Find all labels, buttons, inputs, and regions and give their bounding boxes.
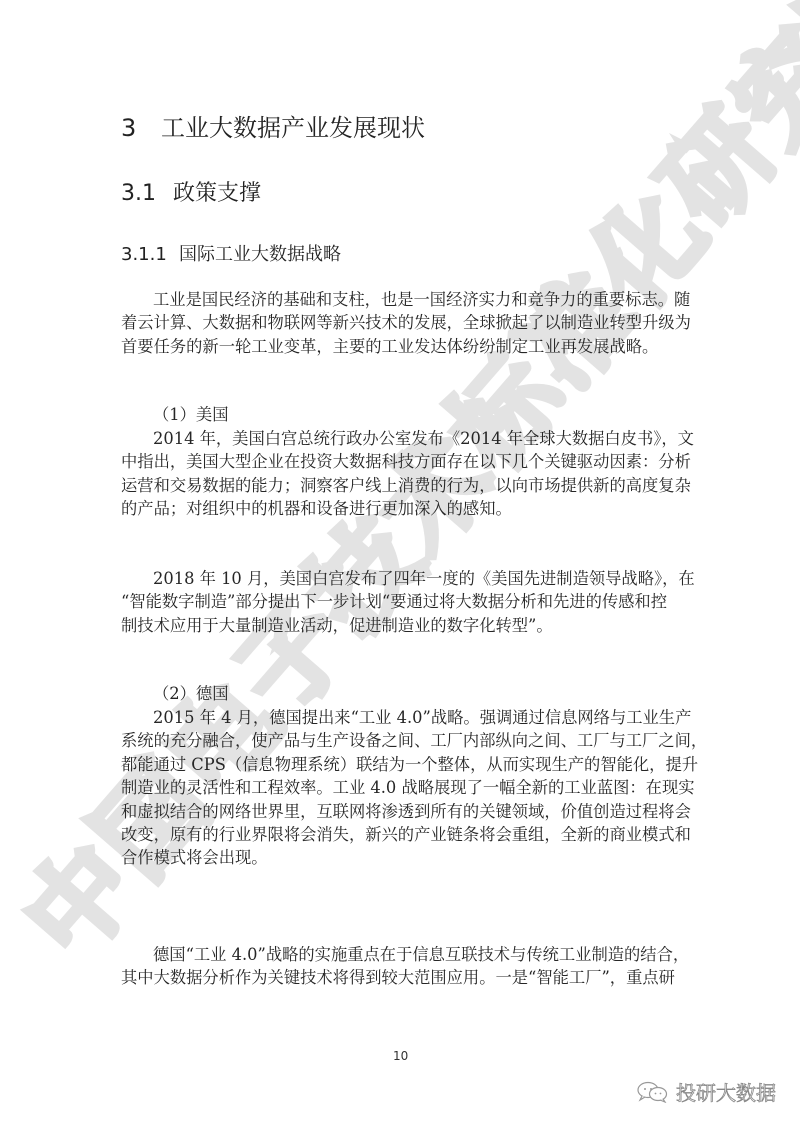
paragraph-usa-2014: 2014 年，美国白宫总统行政办公室发布《2014 年全球大数据白皮书》，文 中… [121,427,681,521]
text-line: 中指出，美国大型企业在投资大数据科技方面存在以下几个关键驱动因素：分析 [121,450,681,473]
text-line: 合作模式将会出现。 [121,846,681,869]
text-line: 德国“工业 4.0”战略的实施重点在于信息互联技术与传统工业制造的结合， [121,943,681,966]
paragraph-germany-focus: 德国“工业 4.0”战略的实施重点在于信息互联技术与传统工业制造的结合， 其中大… [121,943,681,990]
paragraph-intro: 工业是国民经济的基础和支柱，也是一国经济实力和竞争力的重要标志。随 着云计算、大… [121,288,681,358]
subsection-number: 3.1.1 [121,244,179,265]
germany-subheading: （2）德国 [153,682,713,705]
usa-label: （1）美国 [153,403,713,426]
section-heading: 3.1政策支撑 [121,176,261,207]
chapter-title: 工业大数据产业发展现状 [161,114,425,142]
usa-subheading: （1）美国 [153,403,713,426]
section-title: 政策支撑 [173,181,261,206]
document-page: 中国电子技术标准化研究院 3工业大数据产业发展现状 3.1政策支撑 3.1.1国… [0,0,800,1131]
text-line: 其中大数据分析作为关键技术将得到较大范围应用。一是“智能工厂”，重点研 [121,966,681,989]
text-line: “智能数字制造”部分提出下一步计划“要通过将大数据分析和先进的传感和控 [121,590,681,613]
brand-watermark: 投研大数据 [636,1077,776,1106]
paragraph-usa-2018: 2018 年 10 月，美国白宫发布了四年一度的《美国先进制造领导战略》，在 “… [121,567,681,637]
text-line: 的产品；对组织中的机器和设备进行更加深入的感知。 [121,497,681,520]
text-line: 2014 年，美国白宫总统行政办公室发布《2014 年全球大数据白皮书》，文 [121,427,681,450]
chapter-number: 3 [121,114,161,142]
text-line: 制造业的灵活性和工程效率。工业 4.0 战略展现了一幅全新的工业蓝图：在现实 [121,776,681,799]
text-line: 2018 年 10 月，美国白宫发布了四年一度的《美国先进制造领导战略》，在 [121,567,681,590]
text-line: 改变，原有的行业界限将会消失，新兴的产业链条将会重组，全新的商业模式和 [121,823,681,846]
text-line: 工业是国民经济的基础和支柱，也是一国经济实力和竞争力的重要标志。随 [121,288,681,311]
germany-label: （2）德国 [153,682,713,705]
section-number: 3.1 [121,181,173,206]
subsection-heading: 3.1.1国际工业大数据战略 [121,240,341,266]
brand-label: 投研大数据 [676,1077,776,1106]
text-line: 着云计算、大数据和物联网等新兴技术的发展，全球掀起了以制造业转型升级为 [121,311,681,334]
text-line: 和虚拟结合的网络世界里，互联网将渗透到所有的关键领域，价值创造过程将会 [121,800,681,823]
text-line: 制技术应用于大量制造业活动，促进制造业的数字化转型”。 [121,614,681,637]
text-line: 都能通过 CPS（信息物理系统）联结为一个整体，从而实现生产的智能化，提升 [121,753,681,776]
wechat-icon [636,1081,670,1103]
paragraph-germany-2015: 2015 年 4 月，德国提出来“工业 4.0”战略。强调通过信息网络与工业生产… [121,706,681,870]
text-line: 首要任务的新一轮工业变革，主要的工业发达体纷纷制定工业再发展战略。 [121,335,681,358]
text-line: 系统的充分融合，使产品与生产设备之间、工厂内部纵向之间、工厂与工厂之间， [121,729,681,752]
chapter-heading: 3工业大数据产业发展现状 [121,108,425,143]
text-line: 运营和交易数据的能力；洞察客户线上消费的行为，以向市场提供新的高度复杂 [121,474,681,497]
text-line: 2015 年 4 月，德国提出来“工业 4.0”战略。强调通过信息网络与工业生产 [121,706,681,729]
subsection-title: 国际工业大数据战略 [179,244,341,265]
page-number: 10 [393,1049,408,1063]
